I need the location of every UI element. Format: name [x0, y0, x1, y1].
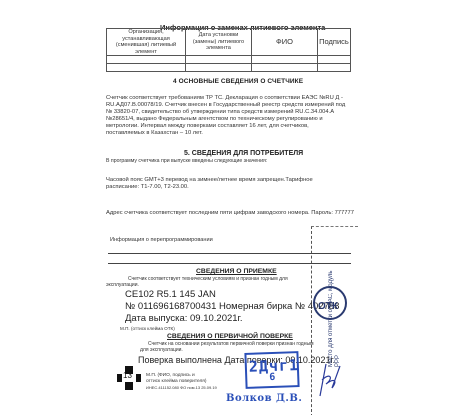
- section-5-intro: В программу счетчика при выпуске введены…: [106, 158, 267, 165]
- table-cell: [318, 64, 351, 72]
- col-signature: Подпись: [318, 29, 351, 56]
- timezone-tariff-text: Часовой пояс GMT+3 перевод на зимнее/лет…: [106, 177, 346, 191]
- table-cell: [107, 64, 186, 72]
- table-cell: [318, 56, 351, 64]
- section-4-text: Счетчик соответствует требованиям ТР ТС.…: [106, 95, 346, 137]
- otk-mp-note: М.П. (оттиск клейма ОТК): [120, 326, 175, 331]
- table-row: [107, 56, 351, 64]
- table-cell: [252, 64, 318, 72]
- reprogramming-line-2: [108, 263, 351, 264]
- table-row: [107, 64, 351, 72]
- table-cell: [186, 64, 252, 72]
- acceptance-text: Счетчик соответствует техническим услови…: [106, 276, 321, 288]
- address-password-text: Адрес счетчика соответствует последним п…: [106, 210, 356, 217]
- meter-serial: № 011696168700431 Номерная бирка № 40278…: [125, 301, 339, 312]
- col-organization: Организация, устанавливающая (сменившая)…: [107, 29, 186, 56]
- verifier-mp-note: М.П. (ФИО, подпись и оттиск клейма повер…: [146, 373, 217, 391]
- table-cell: [186, 56, 252, 64]
- col-install-date: Дата установки (замены) литиевого элемен…: [186, 29, 252, 56]
- table-cell: [252, 56, 318, 64]
- mp-note-line-3: ИНЕС.411152.080 ФО ном.13 25.09.19: [146, 385, 217, 391]
- verifier-stamp-sub: 6: [269, 372, 275, 383]
- verification-done: Поверка выполнена Дата поверки: 09.10.20…: [138, 355, 335, 365]
- col-fio: ФИО: [252, 29, 318, 56]
- verifier-name: Волков Д.В.: [226, 393, 302, 404]
- verifier-stamp: 2Дчг1 6: [244, 351, 299, 389]
- acceptance-title: СВЕДЕНИЯ О ПРИЕМКЕ: [196, 268, 277, 275]
- side-stamp-vertical-text: Место для отметки о МАС, модуль РРР: [328, 262, 348, 367]
- issue-date: Дата выпуска: 09.10.2021г.: [125, 313, 243, 324]
- section-4-title: 4 ОСНОВНЫЕ СВЕДЕНИЯ О СЧЕТЧИКЕ: [173, 78, 303, 85]
- cross-stamp-number: 13: [123, 371, 132, 380]
- section-5-title: 5. СВЕДЕНИЯ ДЛЯ ПОТРЕБИТЕЛЯ: [184, 150, 303, 157]
- reprogramming-label: Информация о перепрограммировании: [110, 237, 213, 243]
- verification-title: СВЕДЕНИЯ О ПЕРВИЧНОЙ ПОВЕРКЕ: [167, 333, 293, 340]
- reprogramming-line-1: [108, 253, 351, 254]
- replacement-table: Организация, устанавливающая (сменившая)…: [106, 28, 351, 72]
- meter-model: CE102 R5.1 145 JAN: [125, 289, 216, 300]
- table-cell: [107, 56, 186, 64]
